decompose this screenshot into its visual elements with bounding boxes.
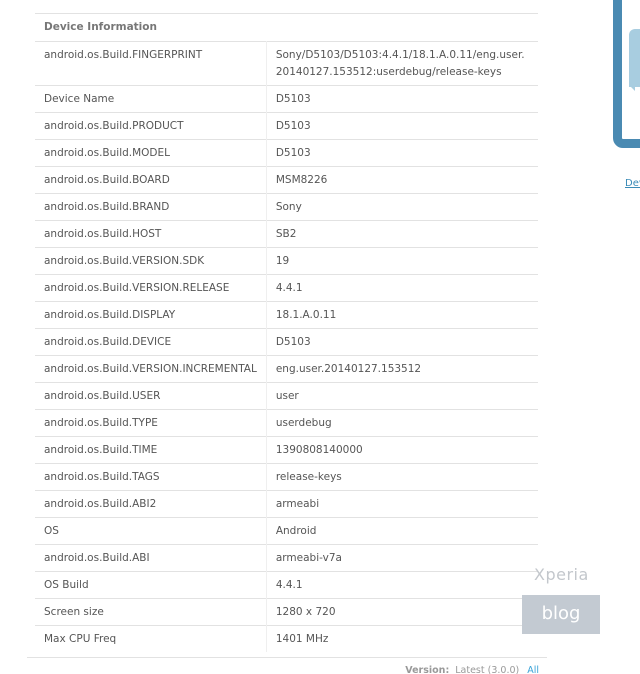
row-value: Sony/D5103/D5103:4.4.1/18.1.A.0.11/eng.u… [266, 42, 538, 86]
table-row: android.os.Build.TYPEuserdebug [35, 410, 538, 437]
row-key: OS [35, 518, 266, 545]
table-row: Max CPU Freq1401 MHz [35, 626, 538, 653]
table-row: android.os.Build.VERSION.RELEASE4.4.1 [35, 275, 538, 302]
row-value: user [266, 383, 538, 410]
row-value: SB2 [266, 221, 538, 248]
table-row: android.os.Build.BRANDSony [35, 194, 538, 221]
row-key: android.os.Build.DISPLAY [35, 302, 266, 329]
row-key: android.os.Build.VERSION.INCREMENTAL [35, 356, 266, 383]
device-information-table: Device Information android.os.Build.FING… [35, 13, 538, 652]
table-row: android.os.Build.HOSTSB2 [35, 221, 538, 248]
table-row: android.os.Build.PRODUCTD5103 [35, 113, 538, 140]
row-value: 1280 x 720 [266, 599, 538, 626]
table-row: android.os.Build.ABIarmeabi-v7a [35, 545, 538, 572]
table-row: android.os.Build.DEVICED5103 [35, 329, 538, 356]
table-row: OS Build4.4.1 [35, 572, 538, 599]
row-value: Android [266, 518, 538, 545]
row-value: D5103 [266, 140, 538, 167]
row-key: android.os.Build.PRODUCT [35, 113, 266, 140]
table-row: android.os.Build.VERSION.INCREMENTALeng.… [35, 356, 538, 383]
table-row: OSAndroid [35, 518, 538, 545]
row-key: android.os.Build.DEVICE [35, 329, 266, 356]
row-value: Sony [266, 194, 538, 221]
device-image[interactable] [613, 0, 640, 148]
version-current[interactable]: Latest (3.0.0) [455, 665, 519, 674]
row-value: userdebug [266, 410, 538, 437]
table-row: android.os.Build.BOARDMSM8226 [35, 167, 538, 194]
row-key: android.os.Build.VERSION.SDK [35, 248, 266, 275]
table-row: android.os.Build.DISPLAY18.1.A.0.11 [35, 302, 538, 329]
version-label: Version: [405, 665, 449, 674]
row-value: 19 [266, 248, 538, 275]
row-key: android.os.Build.BOARD [35, 167, 266, 194]
table-row: android.os.Build.ABI2armeabi [35, 491, 538, 518]
table-row: android.os.Build.TIME1390808140000 [35, 437, 538, 464]
watermark-blog: blog [522, 595, 600, 634]
device-screen-icon [629, 29, 640, 87]
row-value: 1390808140000 [266, 437, 538, 464]
row-key: android.os.Build.USER [35, 383, 266, 410]
row-key: android.os.Build.HOST [35, 221, 266, 248]
row-key: android.os.Build.TYPE [35, 410, 266, 437]
row-key: Device Name [35, 86, 266, 113]
row-key: android.os.Build.TAGS [35, 464, 266, 491]
row-value: armeabi [266, 491, 538, 518]
divider [27, 657, 547, 658]
row-value: 18.1.A.0.11 [266, 302, 538, 329]
table-row: Device NameD5103 [35, 86, 538, 113]
table-header: Device Information [35, 14, 538, 42]
row-key: OS Build [35, 572, 266, 599]
row-value: armeabi-v7a [266, 545, 538, 572]
version-bar: Version:Latest (3.0.0)All [405, 665, 539, 674]
version-all-link[interactable]: All [527, 665, 539, 674]
row-key: android.os.Build.ABI [35, 545, 266, 572]
row-value: release-keys [266, 464, 538, 491]
device-fold-icon [629, 85, 635, 91]
row-key: android.os.Build.FINGERPRINT [35, 42, 266, 86]
row-key: Screen size [35, 599, 266, 626]
row-value: 4.4.1 [266, 572, 538, 599]
row-key: Max CPU Freq [35, 626, 266, 653]
row-key: android.os.Build.ABI2 [35, 491, 266, 518]
table-row: Screen size1280 x 720 [35, 599, 538, 626]
table-row: android.os.Build.MODELD5103 [35, 140, 538, 167]
row-key: android.os.Build.VERSION.RELEASE [35, 275, 266, 302]
table-row: android.os.Build.FINGERPRINTSony/D5103/D… [35, 42, 538, 86]
row-value: MSM8226 [266, 167, 538, 194]
row-key: android.os.Build.TIME [35, 437, 266, 464]
device-link[interactable]: Dev [625, 178, 640, 189]
row-key: android.os.Build.MODEL [35, 140, 266, 167]
table-row: android.os.Build.VERSION.SDK19 [35, 248, 538, 275]
row-value: 1401 MHz [266, 626, 538, 653]
row-value: eng.user.20140127.153512 [266, 356, 538, 383]
row-value: D5103 [266, 329, 538, 356]
table-row: android.os.Build.TAGSrelease-keys [35, 464, 538, 491]
row-key: android.os.Build.BRAND [35, 194, 266, 221]
row-value: 4.4.1 [266, 275, 538, 302]
row-value: D5103 [266, 86, 538, 113]
watermark-xperia: Xperia [534, 565, 589, 584]
table-row: android.os.Build.USERuser [35, 383, 538, 410]
row-value: D5103 [266, 113, 538, 140]
